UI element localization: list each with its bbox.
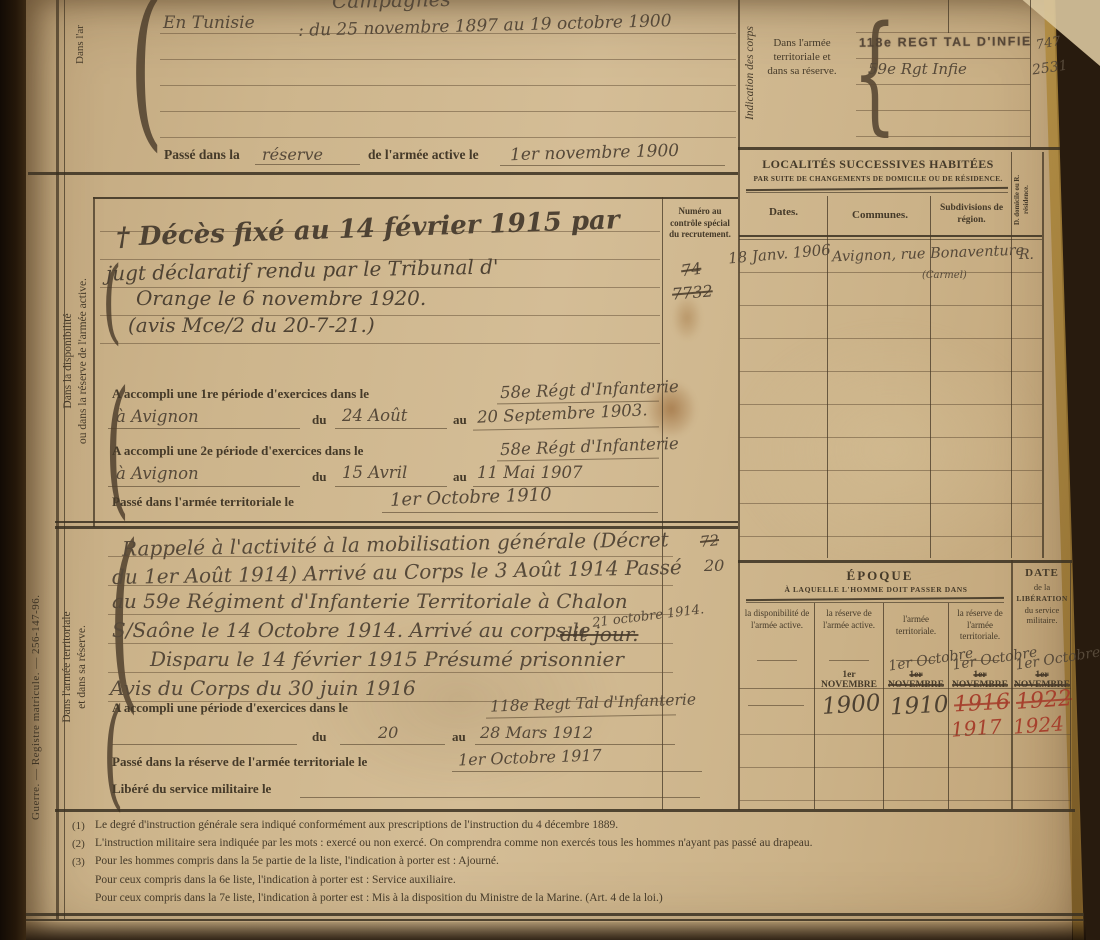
fill-line [112, 744, 297, 745]
campaigns-heading: Campagnes [332, 0, 451, 13]
terr-side-label-line1: Dans l'armée territoriale [61, 611, 73, 722]
epoque-col1-header: la disponibilité de l'armée active. [741, 608, 813, 631]
epoque-col2-header: la réserve de l'armée active. [816, 608, 882, 631]
footnote-3-num: (3) [72, 856, 85, 868]
indication-corps-side-label: Indication des corps [744, 2, 756, 120]
epoque-header-underline [829, 660, 869, 661]
epoque-title: ÉPOQUE [760, 568, 1000, 584]
numero-struck-1: 74 [680, 259, 703, 281]
footnote-1-text: Le degré d'instruction générale sera ind… [95, 819, 618, 831]
periode2-au: 11 Mai 1907 [477, 463, 583, 482]
epoque-border-top [738, 560, 1072, 563]
localites-col-dr: D. domicile ou R. résidence. [1013, 160, 1039, 240]
localites-header-rule [739, 235, 1042, 237]
passe-reserve-prefix: Passé dans la [164, 147, 240, 163]
epoque-date-header-2: de la [1013, 582, 1071, 592]
frame-vline [56, 0, 59, 919]
fill-line [500, 165, 725, 166]
epoque-col4-header: la réserve de l'armée territoriale. [950, 608, 1010, 643]
libere-label: Libéré du service militaire le [112, 781, 271, 797]
regiment-entry: 59e Rgt Infie [868, 60, 967, 78]
au-label: au [452, 729, 466, 745]
periode2-location: à Avignon [116, 464, 199, 483]
campaigns-brace [129, 0, 163, 154]
dispo-side-label: Dans la disponibilité ou dans la réserve… [61, 201, 95, 521]
fill-line [108, 486, 300, 487]
terr-margin-number: 20 [704, 556, 724, 575]
corps-number-column-line [1030, 0, 1031, 147]
localites-row-dr: R. [1019, 247, 1034, 263]
terr-reserve-label: Passé dans la réserve de l'armée territo… [112, 754, 367, 770]
localites-row-commune-note: (Carmel) [922, 270, 967, 281]
periode2-label: A accompli une 2e période d'exercices da… [112, 443, 363, 459]
epoque-date-header-3: LIBÉRATION [1013, 594, 1071, 603]
military-register-page: Guerre. — Registre matricule. — 256-147-… [0, 0, 1100, 940]
page-bottom-rule [26, 913, 1084, 916]
localites-title-rule [746, 192, 1008, 193]
mobilisation-line-5: Disparu le 14 février 1915 Présumé priso… [150, 647, 624, 671]
du-label: du [312, 469, 326, 485]
footnote-3-text: Pour les hommes compris dans la 5e parti… [95, 855, 499, 867]
epoque-col3-header: l'armée territoriale. [885, 614, 947, 637]
epoque-subtitle: À LAQUELLE L'HOMME DOIT PASSER DANS [744, 585, 1008, 594]
deces-line-3: Orange le 6 novembre 1920. [136, 286, 426, 310]
footnote-2-text: L'instruction militaire sera indiquée pa… [95, 837, 813, 849]
epoque-header-underline [757, 660, 797, 661]
au-label: au [453, 469, 467, 485]
page-bottom-shadow [26, 922, 1086, 940]
terr-side-label-line2: et dans sa réserve. [76, 625, 88, 709]
dispo-side-label-line2: ou dans la réserve de l'armée active. [77, 278, 89, 444]
page-bottom-rule [26, 919, 1084, 921]
content-bottom-rule [55, 809, 1075, 812]
epoque-date-header-4: du service militaire. [1013, 605, 1071, 625]
fill-line [300, 797, 700, 798]
epoque-date-header-1: DATE [1013, 567, 1071, 579]
section-rule [738, 147, 1060, 150]
periode1-label: A accompli une 1re période d'exercices d… [112, 386, 369, 402]
passe-reserve-mid: de l'armée active le [368, 147, 479, 163]
deces-line-4: (avis Mce/2 du 20-7-21.) [128, 313, 375, 337]
left-binding [0, 0, 26, 940]
epoque-date-divider [1011, 560, 1013, 809]
passe-reserve-fill: réserve [262, 145, 323, 164]
section-rule [28, 172, 738, 175]
periode1-du: 24 Août [342, 406, 407, 425]
dispo-side-label-line1: Dans la disponibilité [62, 313, 74, 408]
terr-margin-struck: 72 [699, 531, 720, 551]
epoque-vline [814, 603, 815, 809]
territoriale-block-label: Dans l'armée territoriale et dans sa rés… [766, 36, 838, 78]
fill-line [340, 744, 445, 745]
epoque-printed-date-col4: 1er NOVEMBRE [950, 670, 1010, 690]
fill-line [475, 744, 675, 745]
footnote-4-text: Pour ceux compris dans la 6e liste, l'in… [95, 874, 456, 886]
localites-subtitle: PAR SUITE DE CHANGEMENTS DE DOMICILE OU … [744, 174, 1012, 183]
mobilisation-line-3: au 59e Régiment d'Infanterie Territorial… [112, 589, 628, 613]
localites-col-dates: Dates. [740, 206, 827, 218]
epoque-ruled-rows [739, 702, 1071, 804]
fill-line [335, 486, 447, 487]
fill-line [335, 428, 447, 429]
terr-periode-du: 20 [378, 723, 398, 742]
periode2-du: 15 Avril [342, 463, 407, 482]
localites-col-communes: Communes. [830, 209, 930, 221]
corps-grid-fragment [948, 0, 949, 33]
fill-line [255, 164, 360, 165]
terr-periode-au: 28 Mars 1912 [480, 723, 593, 742]
du-label: du [312, 729, 326, 745]
spine-imprint: Guerre. — Registre matricule. — 256-147-… [30, 390, 42, 820]
campaign-entry-place: En Tunisie [163, 13, 255, 33]
localites-title: LOCALITÉS SUCCESSIVES HABITÉES [744, 157, 1012, 172]
epoque-vline [883, 603, 884, 809]
box-border-top [93, 197, 738, 199]
mobilisation-line-6: Avis du Corps du 30 juin 1916 [110, 676, 416, 700]
regiment-stamp: 118e REGT TAL D'INFIE [859, 34, 1032, 50]
campaigns-side-label: Dans l'ar [74, 2, 86, 64]
fill-line [382, 512, 658, 513]
box-border-bottom [55, 521, 738, 523]
periode1-location: à Avignon [116, 407, 199, 426]
localites-vline [1042, 152, 1044, 558]
terr-side-label: Dans l'armée territoriale et dans sa rés… [60, 512, 94, 822]
footnote-1-num: (1) [72, 820, 85, 832]
au-label: au [453, 412, 467, 428]
epoque-right-edge [1070, 560, 1071, 809]
numero-controle-header: Numéro au contrôle spécial du recrutemen… [665, 206, 735, 241]
localites-col-subdivisions: Subdivisions de région. [933, 202, 1010, 226]
du-label: du [312, 412, 326, 428]
localites-vline [1011, 152, 1012, 558]
fill-line [452, 771, 702, 772]
footnote-5-text: Pour ceux compris dans la 7e liste, l'in… [95, 892, 663, 904]
epoque-title-rule [746, 602, 1004, 603]
epoque-printed-date-col2: 1er NOVEMBRE [816, 670, 882, 690]
mobilisation-line-4: S/Saône le 14 Octobre 1914. Arrivé au co… [112, 618, 591, 642]
epoque-vline [948, 603, 949, 809]
numero-struck-2: 7732 [671, 281, 713, 303]
numero-column-line [662, 197, 663, 810]
footnote-2-num: (2) [72, 838, 85, 850]
terr-periode-label: A accompli une période d'exercices dans … [112, 700, 348, 716]
fill-line [108, 428, 300, 429]
localites-ruled-rows [739, 240, 1042, 558]
